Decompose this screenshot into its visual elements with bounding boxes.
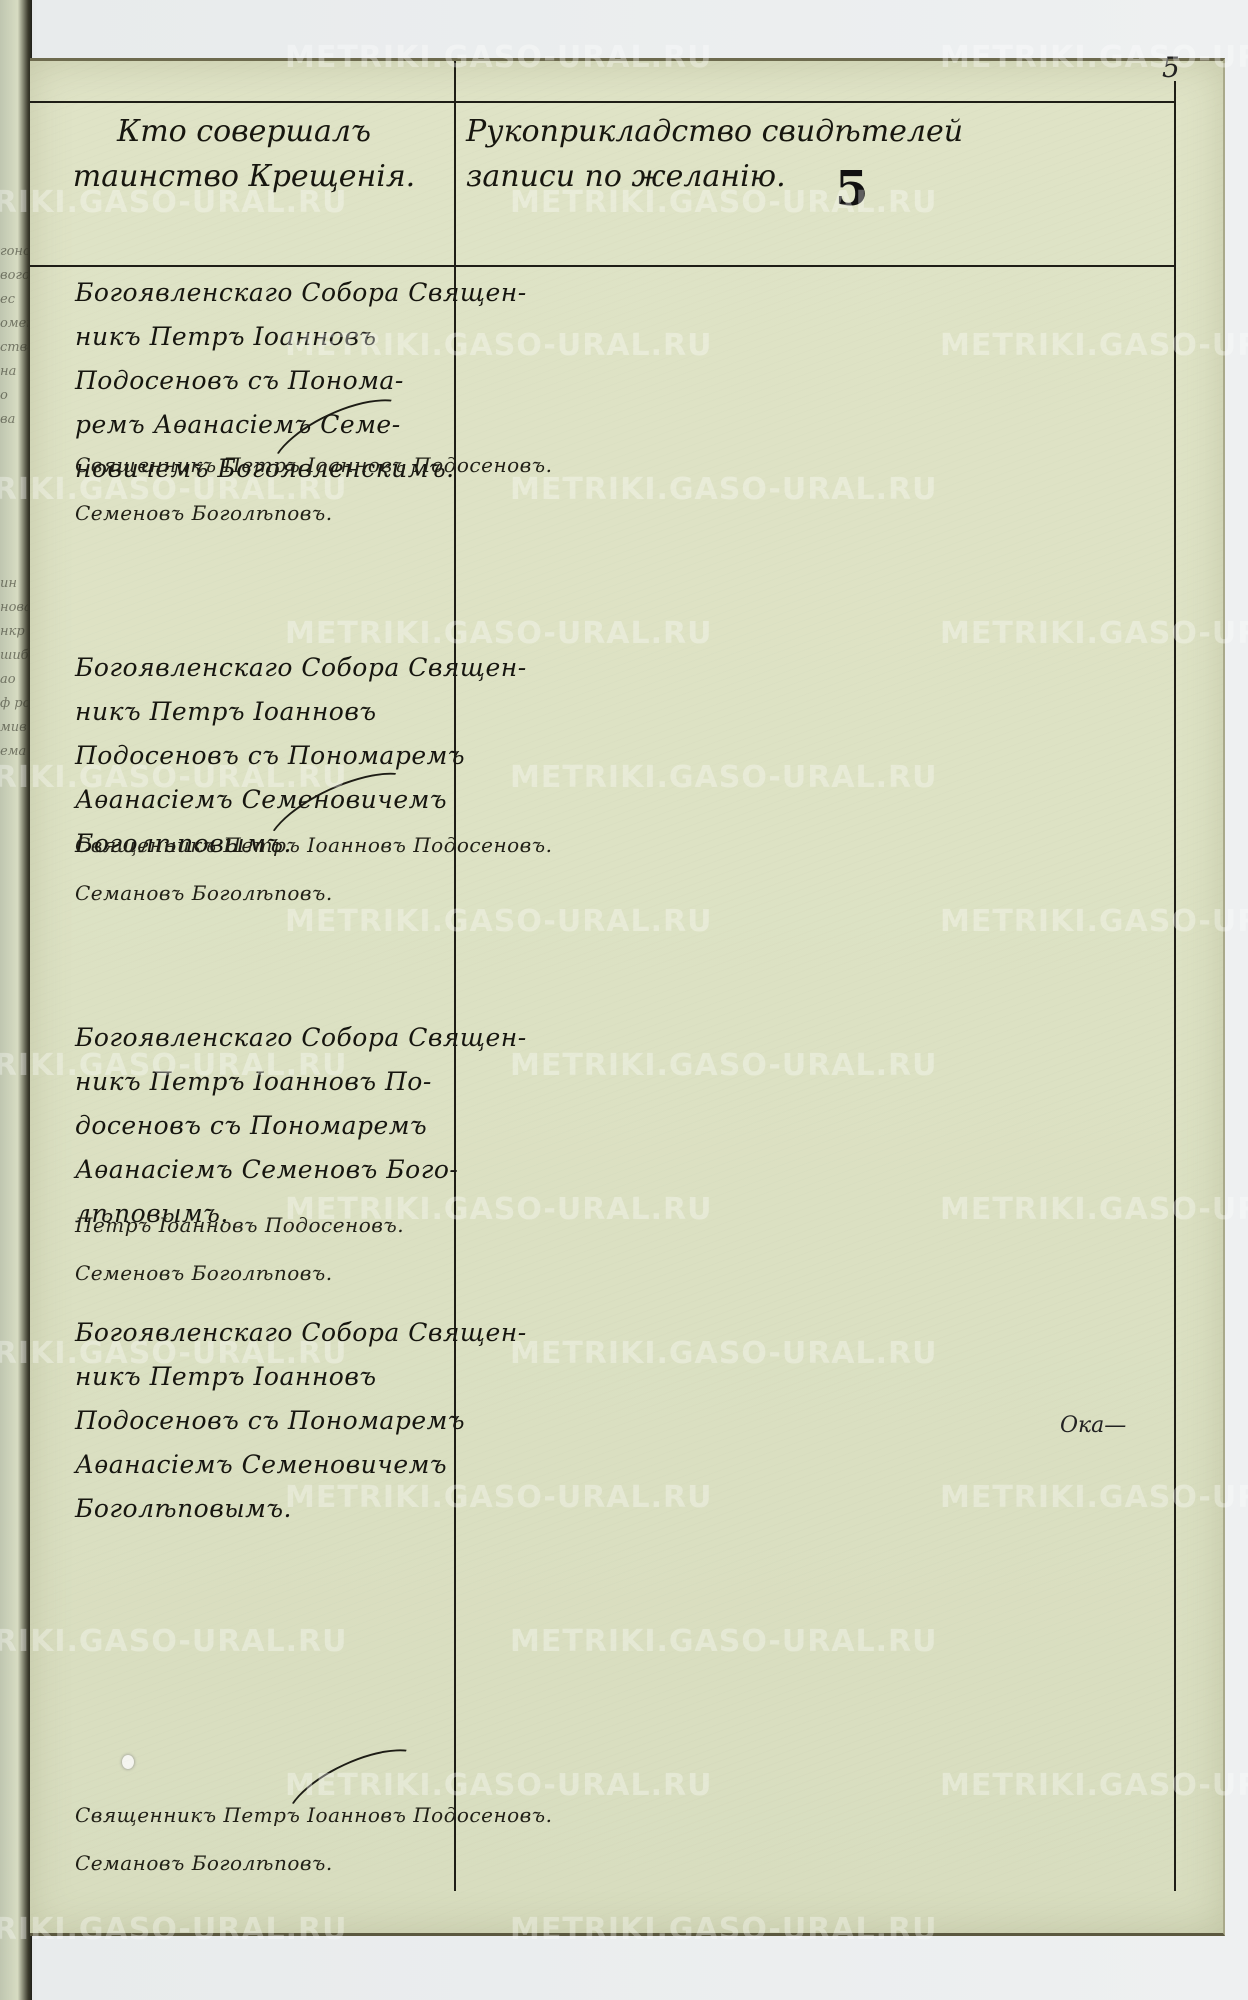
bleed-text: о [0,384,28,408]
header-top-rule [30,101,1175,103]
bleed-text: ес [0,288,28,312]
bleed-text: нкр [0,620,28,644]
bleed-text: ство [0,336,28,360]
binding-hole [122,1755,134,1769]
register-page: Кто совершалъ таинство Крещенія. Рукопри… [30,58,1225,1936]
bleed-text: нова [0,596,28,620]
witness-note: Ока— [1060,1413,1126,1438]
bleed-text: ао [0,668,28,692]
column-header-performed-by: Кто совершалъ таинство Крещенія. [44,109,444,199]
bleed-text: омен [0,312,28,336]
right-border [1174,81,1176,1891]
bleed-text: ф ро [0,692,28,716]
left-page-bleed: гоное вого ес омен ство на о ва ин нова … [0,240,28,764]
page-number-corner: 5 [1162,51,1180,84]
bleed-text: мив [0,716,28,740]
bleed-text: ема [0,740,28,764]
bleed-text: вого [0,264,28,288]
bleed-text: ва [0,408,28,432]
page-number: 5 [835,161,868,217]
column-header-witness-signatures: Рукоприкладство свидѣтелей записи по жел… [466,109,986,199]
bleed-text: шиб [0,644,28,668]
bleed-text: на [0,360,28,384]
bleed-text: гоное [0,240,28,264]
entry-signature-3: Петръ Іоанновъ Подосеновъ. Семеновъ Бого… [75,1201,595,1297]
header-bottom-rule [30,265,1175,267]
entry-performed-by-4: Богоявленскаго Собора Священ- никъ Петръ… [75,1311,585,1531]
bleed-text: ин [0,572,28,596]
